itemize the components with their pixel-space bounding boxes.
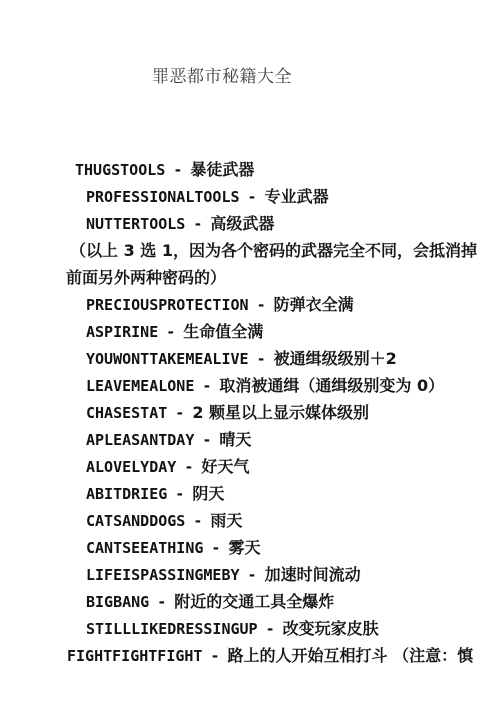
dash-separator: - [248, 188, 257, 206]
cheat-description: 晴天 [219, 430, 251, 449]
dash-separator: - [202, 431, 211, 449]
cheat-description: 高级武器 [210, 214, 274, 233]
cheat-description: 生命值全满 [183, 322, 263, 341]
cheat-line: STILLLIKEDRESSINGUP-改变玩家皮肤 [0, 615, 500, 642]
cheat-code: CANTSEEATHING [86, 539, 203, 557]
note-text: （以上 3 选 1，因为各个密码的武器完全不同，会抵消掉 [70, 241, 477, 260]
cheat-description: 阴天 [192, 484, 224, 503]
dash-separator: - [211, 539, 220, 557]
cheat-code: YOUWONTTAKEMEALIVE [86, 350, 249, 368]
cheat-description: 防弹衣全满 [274, 295, 354, 314]
cheat-line: NUTTERTOOLS-高级武器 [0, 210, 500, 237]
document-page: 罪恶都市秘籍大全 THUGSTOOLS-暴徒武器 PROFESSIONALTOO… [0, 0, 500, 707]
cheat-line: THUGSTOOLS-暴徒武器 [0, 156, 500, 183]
cheat-code: PRECIOUSPROTECTION [86, 296, 249, 314]
dash-separator: - [266, 620, 275, 638]
dash-separator: - [202, 377, 211, 395]
note-text: 前面另外两种密码的） [66, 268, 226, 287]
cheat-description: 暴徒武器 [190, 160, 254, 179]
cheat-code: CHASESTAT [86, 404, 167, 422]
dash-separator: - [193, 215, 202, 233]
dash-separator: - [173, 161, 182, 179]
dash-separator: - [210, 647, 219, 665]
cheat-code: BIGBANG [86, 593, 149, 611]
cheat-description: 雾天 [228, 538, 260, 557]
cheat-description: 加速时间流动 [265, 565, 361, 584]
cheat-code: CATSANDDOGS [86, 512, 185, 530]
cheat-description: 取消被通缉（通缉级别变为 0） [219, 376, 444, 395]
cheat-code: LEAVEMEALONE [86, 377, 194, 395]
dash-separator: - [193, 512, 202, 530]
cheat-code: THUGSTOOLS [75, 161, 165, 179]
cheat-code: LIFEISPASSINGMEBY [86, 566, 240, 584]
cheat-line: ABITDRIEG-阴天 [0, 480, 500, 507]
document-title: 罪恶都市秘籍大全 [152, 62, 292, 87]
cheat-code: STILLLIKEDRESSINGUP [86, 620, 258, 638]
cheat-line: LIFEISPASSINGMEBY-加速时间流动 [0, 561, 500, 588]
dash-separator: - [175, 404, 184, 422]
cheat-code: APLEASANTDAY [86, 431, 194, 449]
cheat-description: 改变玩家皮肤 [283, 619, 379, 638]
cheat-line: PRECIOUSPROTECTION-防弹衣全满 [0, 291, 500, 318]
dash-separator: - [175, 485, 184, 503]
cheat-code: NUTTERTOOLS [86, 215, 185, 233]
cheat-line: FIGHTFIGHTFIGHT-路上的人开始互相打斗 （注意：慎 [0, 642, 500, 669]
cheat-description: 2 颗星以上显示媒体级别 [192, 403, 369, 422]
cheat-code: ASPIRINE [86, 323, 158, 341]
cheat-code: ALOVELYDAY [86, 458, 176, 476]
cheat-line: CANTSEEATHING-雾天 [0, 534, 500, 561]
cheat-line: YOUWONTTAKEMEALIVE-被通缉级级别＋2 [0, 345, 500, 372]
cheat-line: ALOVELYDAY-好天气 [0, 453, 500, 480]
cheat-code: PROFESSIONALTOOLS [86, 188, 240, 206]
cheat-line: CATSANDDOGS-雨天 [0, 507, 500, 534]
dash-separator: - [157, 593, 166, 611]
cheat-description: 路上的人开始互相打斗 （注意：慎 [228, 646, 474, 665]
cheat-description: 附近的交通工具全爆炸 [174, 592, 334, 611]
dash-separator: - [184, 458, 193, 476]
cheat-description: 专业武器 [265, 187, 329, 206]
cheat-line: LEAVEMEALONE-取消被通缉（通缉级别变为 0） [0, 372, 500, 399]
dash-separator: - [257, 296, 266, 314]
cheat-code: FIGHTFIGHTFIGHT [67, 647, 202, 665]
cheat-line: APLEASANTDAY-晴天 [0, 426, 500, 453]
note-line: （以上 3 选 1，因为各个密码的武器完全不同，会抵消掉 [0, 237, 500, 264]
cheat-line: BIGBANG-附近的交通工具全爆炸 [0, 588, 500, 615]
cheat-line: CHASESTAT-2 颗星以上显示媒体级别 [0, 399, 500, 426]
cheat-line: PROFESSIONALTOOLS-专业武器 [0, 183, 500, 210]
cheat-list: THUGSTOOLS-暴徒武器 PROFESSIONALTOOLS-专业武器 N… [0, 156, 500, 669]
cheat-line: ASPIRINE-生命值全满 [0, 318, 500, 345]
cheat-description: 好天气 [201, 457, 249, 476]
dash-separator: - [257, 350, 266, 368]
dash-separator: - [166, 323, 175, 341]
cheat-code: ABITDRIEG [86, 485, 167, 503]
dash-separator: - [248, 566, 257, 584]
cheat-description: 被通缉级级别＋2 [274, 349, 397, 368]
note-line: 前面另外两种密码的） [0, 264, 500, 291]
cheat-description: 雨天 [210, 511, 242, 530]
